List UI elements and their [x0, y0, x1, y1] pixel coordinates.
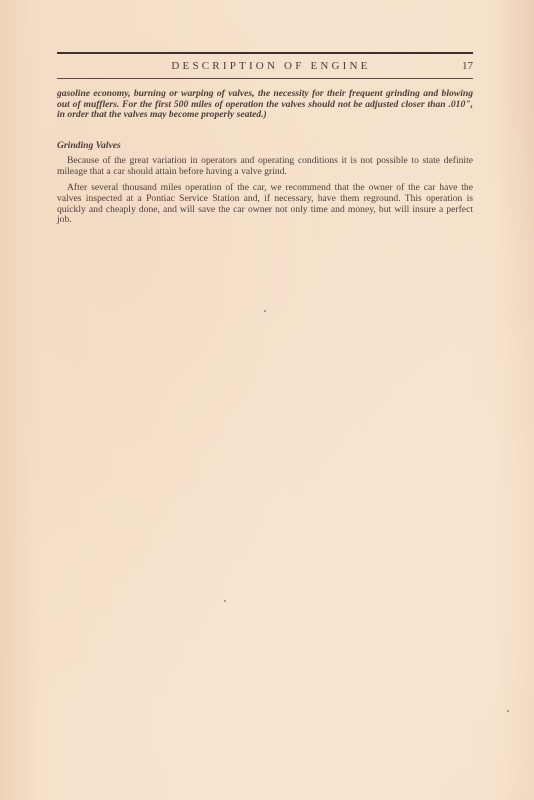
header-top-rule [57, 52, 473, 54]
header-row: DESCRIPTION OF ENGINE 17 [57, 58, 473, 76]
header-bottom-rule [57, 78, 473, 79]
paper-speck [264, 310, 266, 312]
paper-speck [507, 710, 509, 712]
running-head: DESCRIPTION OF ENGINE [57, 60, 473, 72]
intro-paragraph: gasoline economy, burning or warping of … [57, 89, 473, 121]
page-body: gasoline economy, burning or warping of … [57, 89, 473, 232]
paper-speck [224, 600, 226, 602]
section-heading: Grinding Valves [57, 141, 473, 152]
paragraph: After several thousand miles operation o… [57, 183, 473, 226]
page-number: 17 [462, 60, 473, 72]
paragraph: Because of the great variation in operat… [57, 156, 473, 177]
document-page: DESCRIPTION OF ENGINE 17 gasoline econom… [0, 0, 534, 800]
page-header: DESCRIPTION OF ENGINE 17 [57, 52, 473, 79]
